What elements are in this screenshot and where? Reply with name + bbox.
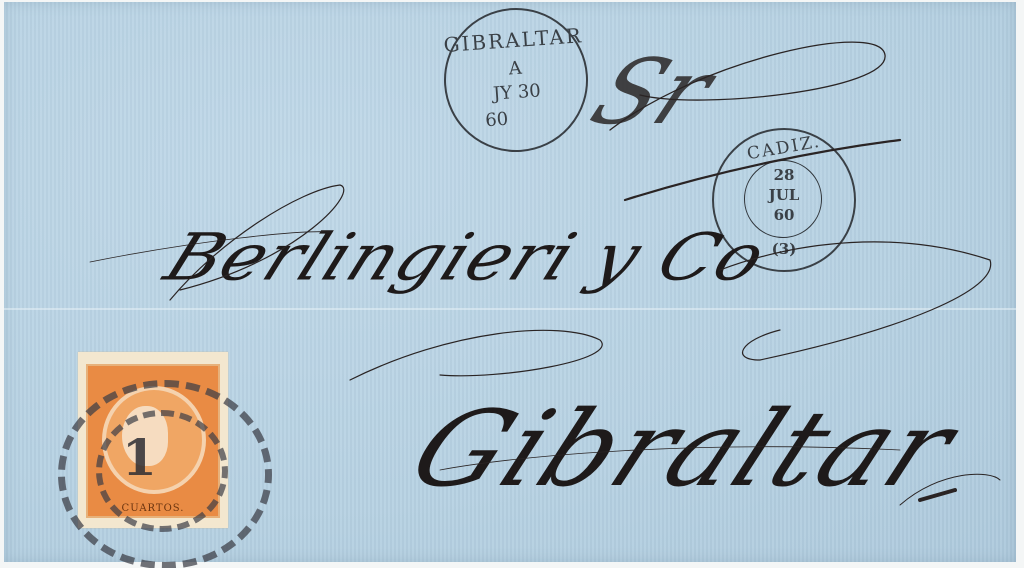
- addressee-city: Gibraltar: [393, 388, 974, 510]
- stamp-cancel-inner-ring: [96, 410, 228, 532]
- cancel-numeral: 1: [122, 428, 157, 487]
- fold-line: [4, 308, 1016, 310]
- postmark-month: JUL: [714, 186, 854, 204]
- postmark-day: 28: [714, 166, 854, 184]
- addressee-name: Berlingieri y Co: [155, 219, 778, 295]
